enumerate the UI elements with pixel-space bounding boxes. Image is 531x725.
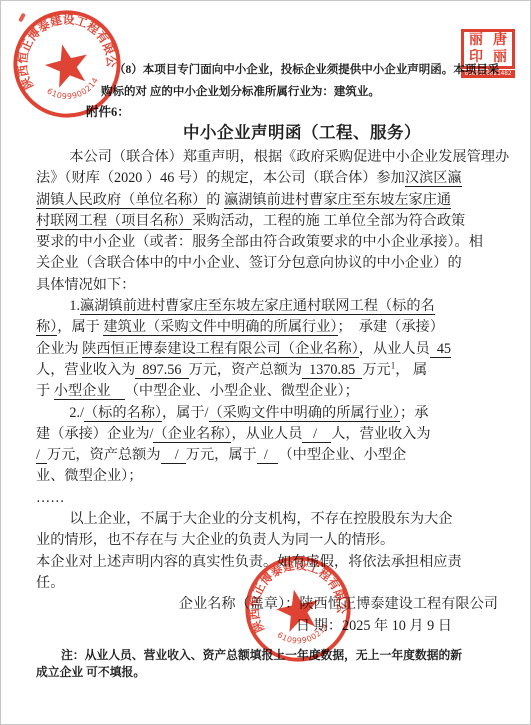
text-line: （8）本项目专门面向中小企业，投标企业须提供中小企业声明函。本项目采	[101, 59, 506, 81]
text-segment: ，从业人员	[359, 341, 430, 357]
text-line: 企业名称（盖章）：陕西恒正博泰建设工程有限公司	[36, 594, 498, 615]
text-line: 1.瀛湖镇前进村曹家庄至东坡左家庄通村联网工程（标的名	[36, 296, 498, 317]
text-line: 称），属于 建筑业（采购文件中明确的所属行业）； 承建（承接）	[36, 317, 498, 338]
text-line: 成立企业 可不填报。	[36, 664, 506, 681]
underlined-field: 45	[430, 341, 451, 358]
underlined-field: 897.56	[135, 362, 188, 379]
text-line: 业的情形，也不存在与 大企业的负责人为同一人的情形。	[36, 530, 498, 551]
text-line: 购标的对 应的中小企业划分标准所属行业为：建筑业。	[101, 81, 506, 103]
text-segment: 本公司（联合体）郑重声明，根据《政府采购促进中小企业发展管理办	[69, 149, 509, 165]
underlined-field: 小型企业	[54, 383, 125, 400]
underlined-field: （标的名称）	[84, 405, 162, 422]
text-line: / 万元，资产总额为 / 万元，属于 / （中型企业、小型企	[36, 445, 498, 466]
text-segment: 万元，资产总额为	[189, 362, 303, 378]
text-line: 人，营业收入为 897.56 万元，资产总额为 1370.85 万元1， 属	[36, 360, 498, 381]
underlined-field: 陕西恒正博泰建设工程有限公司（企业名称）	[82, 341, 359, 358]
text-segment: 本企业对上述声明内容的真实性负责。如有虚假，将依法承担相应责	[36, 554, 462, 570]
text-line: 湖镇人民政府（单位名称）的 瀛湖镇前进村曹家庄至东坡左家庄通	[36, 190, 498, 211]
text-segment: ，属于	[57, 319, 103, 335]
text-line: 2./（标的名称），属于/（采购文件中明确的所属行业）；承	[36, 403, 498, 424]
underlined-field: 村联网工程（项目名称）	[36, 213, 192, 230]
text-segment: 建（承接）企业为/	[36, 426, 153, 442]
text-segment: ……	[36, 490, 64, 506]
underlined-field: /	[36, 447, 47, 464]
text-segment: ， 属	[395, 362, 427, 378]
text-segment: 企业为	[36, 341, 82, 357]
text-segment: 以上企业，不属于大企业的分支机构，不存在控股股东为大企	[69, 511, 452, 527]
text-segment: 成立企业 可不填报。	[36, 665, 145, 679]
underlined-field: （企业名称）	[153, 426, 231, 443]
text-line: 要求的中小企业（或者：服务全部由符合政策要求的中小企业承接）。相	[36, 232, 498, 253]
text-segment: 采购活动，工程的施 工单位全部为符合政策	[192, 213, 465, 229]
text-segment: 购标的对 应的中小企业划分标准所属行业为：建筑业。	[101, 86, 380, 98]
text-line: 以上企业，不属于大企业的分支机构，不存在控股股东为大企	[36, 509, 498, 530]
text-segment: 业、微型企业）；	[36, 468, 142, 484]
text-line: 具体情况如下：	[36, 275, 498, 296]
red-ink-mark	[18, 13, 26, 23]
text-segment: 业的情形，也不存在与 大企业的负责人为同一人的情形。	[36, 532, 394, 548]
text-line: 注：从业人员、营业收入、资产总额填报上一年度数据，无上一年度数据的新	[36, 647, 506, 664]
text-line: 业、微型企业）；	[36, 466, 498, 487]
text-segment: 万元	[362, 362, 390, 378]
underlined-field: /	[257, 447, 279, 464]
underlined-field: （采购文件中明确的所属行业）	[209, 405, 401, 422]
underlined-field: 1370.85	[302, 362, 362, 379]
text-line: 于 小型企业 （中型企业、小型企业、微型企业）；	[36, 381, 498, 402]
underlined-field: /	[161, 447, 186, 464]
underlined-field: 称）	[36, 319, 57, 336]
text-segment: ； 承建（承接）	[338, 319, 444, 335]
text-segment: 人，营业收入为	[331, 426, 430, 442]
text-segment: （中型企业、小型企业、微型企业）；	[125, 383, 359, 399]
text-segment: 万元，属于	[186, 447, 257, 463]
footnote: 注：从业人员、营业收入、资产总额填报上一年度数据，无上一年度数据的新成立企业 可…	[36, 647, 506, 681]
underlined-field: 建筑业（采购文件中明确的所属行业）	[103, 319, 337, 336]
text-segment: 企业名称（盖章）：陕西恒正博泰建设工程有限公司	[179, 596, 498, 612]
text-segment: 2./	[69, 405, 84, 421]
declaration-document-page: （8）本项目专门面向中小企业，投标企业须提供中小企业声明函。本项目采购标的对 应…	[0, 0, 531, 725]
text-segment: （中型企业、小型企	[278, 447, 406, 463]
text-segment: 注：从业人员、营业收入、资产总额填报上一年度数据，无上一年度数据的新	[61, 648, 462, 662]
text-segment: 的	[206, 192, 224, 208]
text-segment: 日 期：2025 年 10 月 9 日	[296, 618, 452, 634]
text-segment: ；承	[400, 405, 428, 421]
underlined-field: 汉滨区瀛	[405, 170, 462, 187]
underlined-field: 湖镇人民政府（单位名称）	[36, 192, 206, 209]
text-segment: ，属于/	[162, 405, 209, 421]
text-line: 本企业对上述声明内容的真实性负责。如有虚假，将依法承担相应责	[36, 552, 498, 573]
text-segment: ，从业人员	[231, 426, 302, 442]
text-segment: 于	[36, 383, 54, 399]
seal-char: 丽	[469, 34, 483, 48]
intro-paragraph: （8）本项目专门面向中小企业，投标企业须提供中小企业声明函。本项目采购标的对 应…	[101, 59, 506, 103]
underlined-field: 瀛湖镇前进村曹家庄至东坡左家庄通村联网工程（标的名	[80, 298, 435, 315]
text-line: 村联网工程（项目名称）采购活动，工程的施 工单位全部为符合政策	[36, 211, 498, 232]
text-segment: 关企业（含联合体中的中小企业、签订分包意向协议的中小企业）的	[36, 255, 462, 271]
underlined-field: 瀛湖镇前进村曹家庄至东坡左家庄通	[224, 192, 451, 209]
star-icon	[41, 39, 93, 89]
text-line: 任。	[36, 573, 498, 594]
text-line: 日 期：2025 年 10 月 9 日	[36, 616, 498, 637]
stamp-code: 6109990021484	[0, 0, 103, 114]
text-segment: 法》（财库（2020 ）46 号）的规定，本公司（联合体）参加	[36, 170, 405, 186]
declaration-body: 本公司（联合体）郑重声明，根据《政府采购促进中小企业发展管理办法》（财库（202…	[36, 147, 498, 637]
text-segment: 要求的中小企业（或者：服务全部由符合政策要求的中小企业承接）。相	[36, 234, 483, 250]
text-segment: 1.	[69, 298, 80, 314]
text-line: ……	[36, 488, 498, 509]
seal-char: 唐	[493, 34, 507, 48]
text-segment: 万元，资产总额为	[47, 447, 161, 463]
attachment-label: 附件6：	[86, 102, 130, 120]
text-line: 企业为 陕西恒正博泰建设工程有限公司（企业名称），从业人员 45	[36, 339, 498, 360]
text-line: 建（承接）企业为/（企业名称），从业人员 / 人，营业收入为	[36, 424, 498, 445]
text-segment: 人，营业收入为	[36, 362, 135, 378]
text-segment: （8）本项目专门面向中小企业，投标企业须提供中小企业声明函。本项目采	[114, 64, 499, 76]
text-line: 本公司（联合体）郑重声明，根据《政府采购促进中小企业发展管理办	[36, 147, 498, 168]
underlined-field: /	[302, 426, 331, 443]
text-line: 法》（财库（2020 ）46 号）的规定，本公司（联合体）参加汉滨区瀛	[36, 168, 498, 189]
text-line: 关企业（含联合体中的中小企业、签订分包意向协议的中小企业）的	[36, 253, 498, 274]
text-segment: 任。	[36, 575, 64, 591]
page-title: 中小企业声明函（工程、服务）	[183, 119, 421, 143]
text-segment: 具体情况如下：	[36, 277, 135, 293]
